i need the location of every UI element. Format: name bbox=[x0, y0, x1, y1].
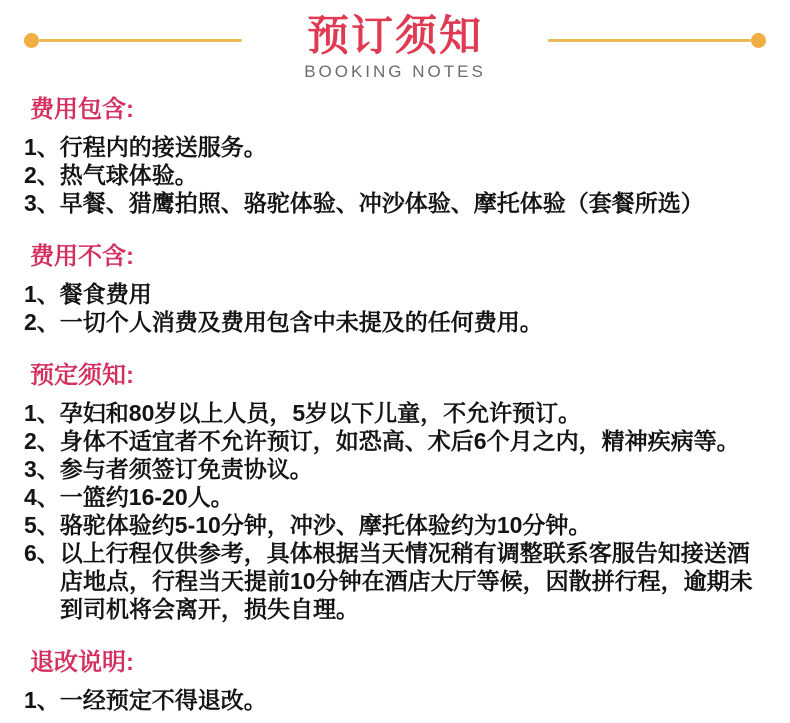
page-title: 预订须知 bbox=[304, 12, 486, 60]
section: 预定须知:1、孕妇和80岁以上人员，5岁以下儿童，不允许预订。2、身体不适宜者不… bbox=[24, 362, 766, 623]
list-item: 2、热气球体验。 bbox=[24, 161, 766, 189]
section: 费用不含:1、餐食费用2、一切个人消费及费用包含中未提及的任何费用。 bbox=[24, 243, 766, 336]
header-divider-left bbox=[24, 33, 242, 48]
section-title: 费用不含: bbox=[30, 243, 766, 271]
title-block: 预订须知 BOOKING NOTES bbox=[304, 12, 486, 82]
section-title: 退改说明: bbox=[30, 649, 766, 677]
divider-dot-icon bbox=[751, 33, 766, 48]
section: 退改说明:1、一经预定不得退改。 bbox=[24, 649, 766, 714]
list-item: 3、早餐、猎鹰拍照、骆驼体验、冲沙体验、摩托体验（套餐所选） bbox=[24, 189, 766, 217]
list-item: 1、一经预定不得退改。 bbox=[24, 686, 766, 714]
divider-dot-icon bbox=[24, 33, 39, 48]
section-title: 费用包含: bbox=[30, 96, 766, 124]
list-item: 1、行程内的接送服务。 bbox=[24, 133, 766, 161]
list-item: 3、参与者须签订免责协议。 bbox=[24, 455, 766, 483]
divider-line bbox=[548, 39, 751, 42]
list-item: 1、孕妇和80岁以上人员，5岁以下儿童，不允许预订。 bbox=[24, 399, 766, 427]
list-item: 2、身体不适宜者不允许预订，如恐高、术后6个月之内，精神疾病等。 bbox=[24, 427, 766, 455]
divider-line bbox=[39, 39, 242, 42]
list-item: 6、以上行程仅供参考，具体根据当天情况稍有调整联系客服告知接送酒店地点，行程当天… bbox=[24, 539, 766, 623]
section-title: 预定须知: bbox=[30, 362, 766, 390]
list-item: 2、一切个人消费及费用包含中未提及的任何费用。 bbox=[24, 308, 766, 336]
section: 费用包含:1、行程内的接送服务。2、热气球体验。3、早餐、猎鹰拍照、骆驼体验、冲… bbox=[24, 96, 766, 217]
header: 预订须知 BOOKING NOTES bbox=[24, 12, 766, 82]
header-divider-right bbox=[548, 33, 766, 48]
list-item: 4、一篮约16-20人。 bbox=[24, 483, 766, 511]
booking-notes-page: 预订须知 BOOKING NOTES 费用包含:1、行程内的接送服务。2、热气球… bbox=[0, 0, 790, 723]
booking-notes-content: 费用包含:1、行程内的接送服务。2、热气球体验。3、早餐、猎鹰拍照、骆驼体验、冲… bbox=[24, 96, 766, 714]
page-subtitle: BOOKING NOTES bbox=[304, 62, 486, 82]
list-item: 5、骆驼体验约5-10分钟，冲沙、摩托体验约为10分钟。 bbox=[24, 511, 766, 539]
list-item: 1、餐食费用 bbox=[24, 280, 766, 308]
